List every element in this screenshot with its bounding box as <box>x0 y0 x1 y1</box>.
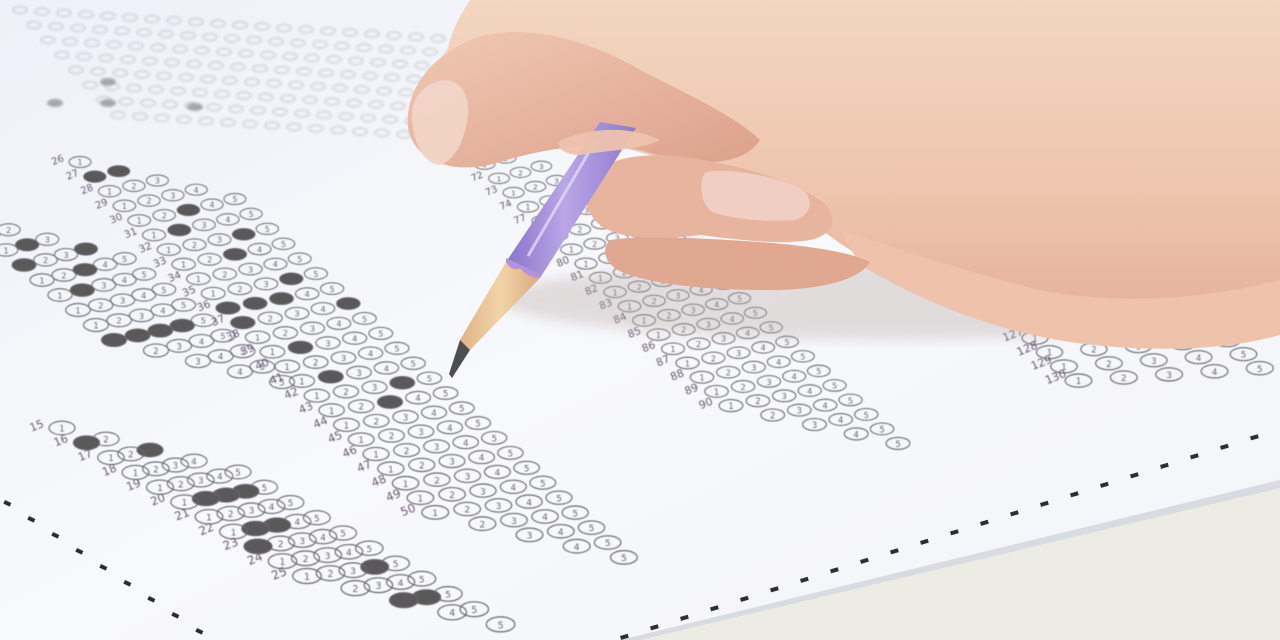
bubble-label: 3 <box>496 502 502 512</box>
bubble-filled[interactable] <box>318 371 343 383</box>
bubble-label: 1 <box>584 260 589 269</box>
bubble-label: 1 <box>3 246 8 255</box>
bubble-label: 2 <box>770 411 775 421</box>
bubble-filled[interactable] <box>232 229 255 240</box>
bubble-label: 5 <box>330 285 335 294</box>
bubble-filled[interactable] <box>280 273 303 285</box>
bubble-label: 4 <box>320 533 326 543</box>
bubble-label: 5 <box>475 420 480 430</box>
bubble-label: 5 <box>340 530 346 540</box>
bubble-label: 3 <box>202 221 207 230</box>
bubble-label: 3 <box>356 368 361 378</box>
bubble-filled[interactable] <box>390 377 415 389</box>
bubble-label: 1 <box>122 202 127 211</box>
bubble-label: 4 <box>1196 354 1202 364</box>
bubble-label: 3 <box>375 581 381 592</box>
bubble-label: 4 <box>398 578 404 589</box>
bubble-label: 3 <box>797 406 802 416</box>
bubble-label: 2 <box>162 212 167 221</box>
bubble-filled-far <box>100 78 116 86</box>
bubble-label: 1 <box>137 217 142 226</box>
bubble-label: 3 <box>195 358 200 368</box>
bubble-label: 1 <box>403 480 409 490</box>
bubble-label: 4 <box>191 458 196 468</box>
bubble-label: 1 <box>511 189 516 198</box>
bubble-label: 2 <box>268 313 273 323</box>
bubble-label: 1 <box>699 373 704 383</box>
bubble-label: 1 <box>728 401 733 411</box>
bubble-label: 2 <box>1106 360 1112 370</box>
bubble-filled[interactable] <box>390 593 419 608</box>
bubble-label: 3 <box>171 191 176 200</box>
bubble-label: 2 <box>117 316 122 326</box>
bubble-label: 5 <box>605 539 611 549</box>
bubble-label: 5 <box>142 270 147 279</box>
bubble-filled-far <box>187 103 203 111</box>
bubble-label: 3 <box>418 428 423 438</box>
bubble-label: 4 <box>336 319 341 329</box>
bubble-label: 4 <box>294 518 300 528</box>
bubble-label: 4 <box>495 469 501 479</box>
bubble-label: 1 <box>497 174 502 183</box>
bubble-label: 3 <box>217 236 222 245</box>
bubble-label: 5 <box>313 270 318 279</box>
bubble-filled[interactable] <box>243 297 267 309</box>
bubble-label: 4 <box>269 503 275 513</box>
bubble-label: 1 <box>270 347 275 357</box>
bubble-label: 2 <box>1091 346 1096 356</box>
bubble-label: 5 <box>879 424 884 434</box>
bubble-label: 5 <box>785 338 790 347</box>
bubble-label: 3 <box>299 537 305 547</box>
bubble-label: 2 <box>404 447 410 457</box>
bubble-label: 4 <box>447 424 452 434</box>
bubble-filled-far <box>100 99 116 107</box>
bubble-label: 1 <box>388 465 394 475</box>
bubble-label: 2 <box>711 353 716 363</box>
bubble-filled[interactable] <box>125 329 150 342</box>
bubble-label: 1 <box>1076 377 1082 387</box>
bubble-label: 2 <box>43 256 48 265</box>
bubble-label: 3 <box>449 458 455 468</box>
bubble-label: 4 <box>273 260 278 269</box>
bubble-filled[interactable] <box>148 324 173 337</box>
bubble-label: 4 <box>463 439 468 449</box>
bubble-label: 5 <box>621 554 627 564</box>
bubble-label: 1 <box>78 158 83 167</box>
bubble-label: 5 <box>556 494 562 504</box>
bubble-label: 3 <box>527 532 533 542</box>
bubble-label: 5 <box>393 560 399 570</box>
bubble-label: 2 <box>343 388 348 398</box>
bubble-label: 4 <box>542 513 548 523</box>
bubble-label: 1 <box>373 451 379 461</box>
bubble-filled-far <box>47 99 63 107</box>
bubble-label: 2 <box>98 301 103 311</box>
bubble-label: 3 <box>263 280 268 289</box>
bubble-label: 1 <box>39 275 44 285</box>
bubble-label: 1 <box>166 246 171 255</box>
bubble-label: 4 <box>574 543 580 553</box>
bubble-label: 2 <box>132 182 137 191</box>
bubble-label: 5 <box>297 255 302 264</box>
bubble-label: 2 <box>278 540 284 550</box>
bubble-label: 5 <box>445 590 451 601</box>
bubble-label: 3 <box>177 341 182 351</box>
bubble-label: 4 <box>776 357 781 367</box>
bubble-label: 3 <box>45 236 50 245</box>
bubble-label: 1 <box>358 436 364 446</box>
bubble-label: 4 <box>217 473 222 483</box>
bubble-label: 4 <box>384 363 389 373</box>
bubble-label: 2 <box>178 480 184 490</box>
bubble-label: 2 <box>740 382 745 392</box>
bubble-label: 5 <box>471 605 477 616</box>
bubble-label: 5 <box>235 469 240 479</box>
bubble-label: 2 <box>61 270 66 280</box>
bubble-label: 4 <box>510 483 516 493</box>
bubble-label: 2 <box>1121 374 1127 384</box>
bubble-label: 1 <box>526 203 531 212</box>
bubble-label: 3 <box>139 311 144 321</box>
bubble-label: 2 <box>419 462 425 472</box>
bubble-filled[interactable] <box>102 334 127 347</box>
bubble-label: 1 <box>255 333 260 343</box>
bubble-filled[interactable] <box>216 302 240 314</box>
bubble-filled[interactable] <box>177 204 199 215</box>
bubble-label: 4 <box>526 498 532 508</box>
bubble-label: 5 <box>181 300 186 310</box>
bubble-label: 2 <box>389 432 395 442</box>
bubble-label: 5 <box>498 620 504 631</box>
bubble-label: 3 <box>249 507 255 517</box>
bubble-label: 5 <box>816 366 821 376</box>
bubble-label: 5 <box>122 255 127 264</box>
bubble-label: 5 <box>262 484 267 494</box>
bubble-label: 2 <box>207 256 212 265</box>
bubble-label: 1 <box>181 261 186 270</box>
bubble-label: 1 <box>285 362 290 372</box>
bubble-label: 5 <box>459 404 464 414</box>
bubble-label: 5 <box>589 524 595 534</box>
bubble-label: 2 <box>726 368 731 378</box>
bubble-label: 3 <box>294 309 299 319</box>
bubble-label: 3 <box>480 487 486 497</box>
bubble-label: 3 <box>173 462 178 472</box>
bubble-label: 3 <box>736 348 741 358</box>
bubble-label: 5 <box>161 286 166 295</box>
bubble-label: 3 <box>465 473 471 483</box>
bubble-filled[interactable] <box>70 284 94 296</box>
bubble-label: 3 <box>64 251 69 260</box>
bubble-label: 3 <box>120 296 125 306</box>
bubble-label: 1 <box>418 495 424 505</box>
bubble-filled[interactable] <box>16 239 39 251</box>
bubble-label: 5 <box>378 329 383 339</box>
bubble-label: 3 <box>198 477 204 487</box>
bubble-label: 2 <box>755 396 760 406</box>
bubble-label: 2 <box>153 347 158 357</box>
bubble-label: 4 <box>160 306 165 316</box>
bubble-label: 4 <box>431 409 436 419</box>
bubble-label: 4 <box>346 549 352 559</box>
bubble-label: 4 <box>792 372 797 382</box>
bubble-label: 4 <box>218 352 223 362</box>
bubble-filled[interactable] <box>84 171 106 182</box>
bubble-label: 3 <box>1151 357 1157 367</box>
bubble-label: 2 <box>147 197 152 206</box>
bubble-label: 3 <box>1166 371 1172 381</box>
bubble-label: 4 <box>194 186 199 195</box>
bubble-label: 5 <box>848 395 853 405</box>
bubble-label: 4 <box>479 454 485 464</box>
bubble-label: 3 <box>403 413 408 423</box>
bubble-label: 4 <box>415 393 420 403</box>
bubble-label: 2 <box>352 584 358 595</box>
bubble-label: 5 <box>540 479 546 489</box>
bubble-label: 4 <box>141 290 146 300</box>
bubble-label: 3 <box>155 177 160 186</box>
bubble-label: 1 <box>93 321 98 331</box>
bubble-label: 5 <box>508 449 513 459</box>
bubble-label: 4 <box>368 349 373 359</box>
bubble-label: 4 <box>320 305 325 314</box>
bubble-filled[interactable] <box>73 264 97 276</box>
bubble-filled[interactable] <box>224 249 247 261</box>
bubble-label: 1 <box>75 305 80 315</box>
bubble-label: 4 <box>305 290 310 299</box>
bubble-label: 3 <box>101 280 106 290</box>
bubble-filled[interactable] <box>170 319 194 332</box>
bubble-label: 1 <box>714 387 719 397</box>
bubble-filled[interactable] <box>108 166 130 177</box>
bubble-filled[interactable] <box>270 293 294 305</box>
bubble-label: 5 <box>572 509 578 519</box>
bubble-label: 3 <box>782 391 787 401</box>
bubble-label: 5 <box>288 499 294 509</box>
bubble-label: 2 <box>328 569 334 580</box>
bubble-label: 1 <box>57 290 62 300</box>
bubble-label: 3 <box>766 377 771 387</box>
bubble-label: 4 <box>761 344 766 353</box>
bubble-label: 4 <box>257 245 262 254</box>
bubble-label: 3 <box>310 324 315 334</box>
bubble-label: 1 <box>314 392 319 402</box>
bubble-label: 4 <box>558 528 564 538</box>
bubble-label: 1 <box>344 421 350 431</box>
bubble-label: 3 <box>511 517 517 527</box>
bubble-label: 2 <box>228 510 234 520</box>
bubble-label: 3 <box>434 443 440 453</box>
bubble-label: 5 <box>419 575 425 585</box>
bubble-filled[interactable] <box>288 341 312 353</box>
photo-scene: 1512451623451712351812451913452012452113… <box>0 0 1280 640</box>
bubble-label: 3 <box>372 383 377 393</box>
bubble-label: 5 <box>394 344 399 354</box>
bubble-label: 2 <box>480 520 486 530</box>
bubble-filled[interactable] <box>337 298 360 310</box>
bubble-label: 5 <box>443 389 448 399</box>
bubble-label: 5 <box>427 374 432 384</box>
bubble-label: 2 <box>592 240 597 249</box>
bubble-filled[interactable] <box>168 224 191 235</box>
bubble-label: 1 <box>211 289 216 299</box>
bubble-label: 5 <box>233 195 238 204</box>
bubble-label: 1 <box>569 246 574 255</box>
bubble-label: 5 <box>524 464 530 474</box>
bubble-label: 5 <box>1257 365 1263 375</box>
bubble-label: 1 <box>432 509 438 519</box>
bubble-label: 4 <box>210 201 215 210</box>
bubble-label: 5 <box>201 316 206 326</box>
bubble-label: 4 <box>225 216 230 225</box>
bubble-label: 1 <box>152 231 157 240</box>
bubble-label: 5 <box>864 410 869 420</box>
bubble-label: 1 <box>329 407 334 417</box>
bubble-label: 4 <box>352 334 357 344</box>
bubble-label: 2 <box>374 417 379 427</box>
bubble-label: 2 <box>696 339 701 349</box>
bubble-label: 5 <box>281 240 286 249</box>
bubble-label: 2 <box>313 358 318 368</box>
bubble-label: 4 <box>1212 368 1218 378</box>
bubble-label: 4 <box>103 261 108 270</box>
bubble-label: 5 <box>895 439 900 449</box>
bubble-label: 3 <box>350 566 356 577</box>
bubble-label: 2 <box>303 554 309 565</box>
bubble-label: 2 <box>449 491 455 501</box>
bubble-label: 3 <box>812 420 817 430</box>
bubble-filled[interactable] <box>12 259 36 271</box>
bubble-label: 1 <box>670 344 675 354</box>
bubble-label: 5 <box>1241 351 1247 361</box>
bubble-label: 5 <box>362 315 367 324</box>
bubble-label: 2 <box>434 476 440 486</box>
bubble-label: 2 <box>464 506 470 516</box>
bubble-label: 2 <box>103 436 108 446</box>
bubble-label: 1 <box>299 378 304 388</box>
bubble-label: 4 <box>838 415 843 425</box>
bubble-label: 4 <box>854 429 859 439</box>
bubble-label: 5 <box>265 225 270 234</box>
bubble-label: 2 <box>6 226 11 235</box>
bubble-label: 3 <box>325 338 330 348</box>
bubble-filled[interactable] <box>378 396 403 409</box>
bubble-label: 4 <box>807 386 812 396</box>
bubble-label: 5 <box>491 435 496 445</box>
bubble-label: 5 <box>366 545 372 555</box>
bubble-label: 3 <box>325 552 331 562</box>
bubble-label: 4 <box>122 276 127 285</box>
bubble-label: 3 <box>341 353 346 363</box>
bubble-label: 4 <box>199 336 204 346</box>
bubble-label: 2 <box>237 285 242 294</box>
bubble-label: 4 <box>237 368 242 378</box>
bubble-label: 2 <box>577 226 582 235</box>
bubble-label: 2 <box>358 403 363 413</box>
bubble-label: 2 <box>153 465 159 475</box>
bubble-label: 2 <box>128 450 133 460</box>
bubble-label: 4 <box>823 401 828 411</box>
bubble-label: 1 <box>304 572 310 583</box>
bubble-label: 5 <box>800 353 805 362</box>
bubble-label: 1 <box>685 358 690 368</box>
bubble-label: 3 <box>751 362 756 372</box>
bubble-label: 3 <box>248 265 253 274</box>
bubble-label: 1 <box>107 187 112 196</box>
bubble-label: 2 <box>192 241 197 250</box>
bubble-label: 2 <box>283 328 288 338</box>
bubble-label: 5 <box>832 381 837 391</box>
bubble-label: 5 <box>411 359 416 369</box>
bubble-label: 5 <box>314 514 320 524</box>
bubble-label: 4 <box>449 608 455 619</box>
bubble-label: 2 <box>533 183 538 192</box>
bubble-label: 2 <box>518 168 523 177</box>
bubble-label: 5 <box>249 210 254 219</box>
bubble-label: 2 <box>222 270 227 279</box>
bubble-label: 3 <box>539 162 544 171</box>
bubble-label: 1 <box>196 275 201 284</box>
